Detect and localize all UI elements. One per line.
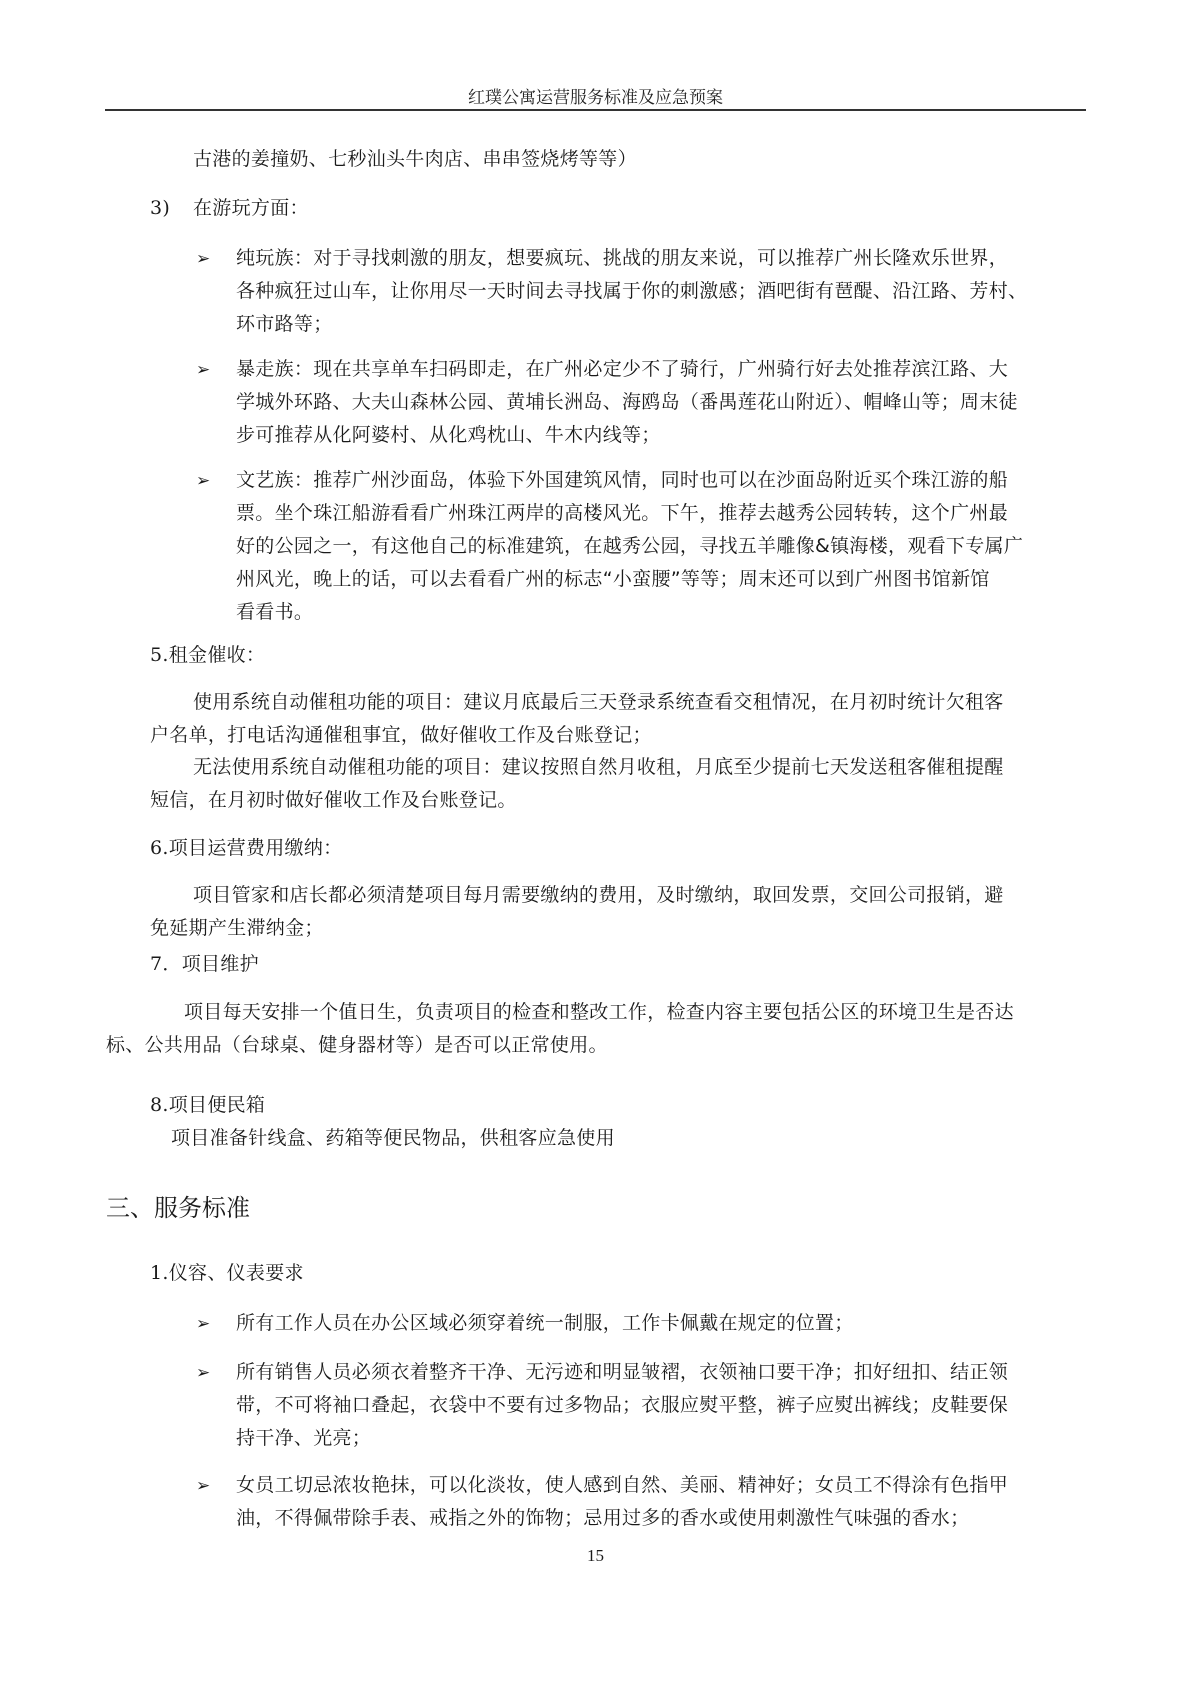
bullet-arrow-icon: ➢ — [196, 471, 210, 491]
header-rule — [105, 109, 1086, 111]
bullet-arrow-icon: ➢ — [196, 249, 210, 269]
list-label: 在游玩方面： — [193, 197, 309, 220]
play-item-1-line-2: 各种疯狂过山车，让你用尽一天时间去寻找属于你的刺激感；酒吧街有琶醍、沿江路、芳村… — [236, 280, 1027, 303]
chapter-3-title: 三、服务标准 — [106, 1188, 250, 1223]
play-item-3-line-5: 看看书。 — [236, 601, 313, 624]
bullet-arrow-icon: ➢ — [196, 1476, 210, 1496]
section-6-p1-line-1: 项目管家和店长都必须清楚项目每月需要缴纳的费用，及时缴纳，取回发票，交回公司报销… — [193, 884, 1004, 907]
section-6-title: 6.项目运营费用缴纳： — [150, 837, 342, 860]
appearance-item-2-line-3: 持干净、光亮； — [236, 1427, 371, 1450]
play-item-3-line-2: 票。坐个珠江船游看看广州珠江两岸的高楼风光。下午，推荐去越秀公园转转，这个广州最 — [236, 502, 1008, 525]
section-6-p1-line-2: 免延期产生滞纳金； — [150, 917, 324, 940]
play-item-1-line-3: 环市路等； — [236, 313, 333, 336]
section-7-p1-line-2: 标、公共用品（台球桌、健身器材等）是否可以正常使用。 — [106, 1034, 608, 1057]
continuation-line: 古港的姜撞奶、七秒汕头牛肉店、串串签烧烤等等） — [193, 148, 637, 171]
play-item-2-line-3: 步可推荐从化阿婆村、从化鸡枕山、牛木内线等； — [236, 424, 661, 447]
play-item-3-line-4: 州风光，晚上的话，可以去看看广州的标志“小蛮腰”等等；周末还可以到广州图书馆新馆 — [236, 568, 990, 591]
play-item-1-line-1: 纯玩族：对于寻找刺激的朋友，想要疯玩、挑战的朋友来说，可以推荐广州长隆欢乐世界， — [236, 247, 1008, 270]
bullet-arrow-icon: ➢ — [196, 360, 210, 380]
section-5-p1-line-1: 使用系统自动催租功能的项目：建议月底最后三天登录系统查看交租情况，在月初时统计欠… — [193, 691, 1004, 714]
appearance-item-2-line-1: 所有销售人员必须衣着整齐干净、无污迹和明显皱褶，衣领袖口要干净；扣好纽扣、结正领 — [236, 1361, 1008, 1384]
section-5-title: 5.租金催收： — [150, 644, 265, 667]
section-8-p1: 项目准备针线盒、药箱等便民物品，供租客应急使用 — [171, 1127, 615, 1150]
section-5-p1-line-2: 户名单，打电话沟通催租事宜，做好催收工作及台账登记； — [150, 724, 652, 747]
appearance-item-3-line-1: 女员工切忌浓妆艳抹，可以化淡妆，使人感到自然、美丽、精神好；女员工不得涂有色指甲 — [236, 1474, 1008, 1497]
bullet-arrow-icon: ➢ — [196, 1363, 210, 1383]
section-8-title: 8.项目便民箱 — [150, 1094, 265, 1117]
play-item-2-line-2: 学城外环路、大夫山森林公园、黄埔长洲岛、海鸥岛（番禺莲花山附近）、帽峰山等；周末… — [236, 391, 1018, 414]
section-7-p1-line-1: 项目每天安排一个值日生，负责项目的检查和整改工作，检查内容主要包括公区的环境卫生… — [184, 1001, 1014, 1024]
chapter-3-sub-1: 1.仪容、仪表要求 — [150, 1262, 304, 1285]
bullet-arrow-icon: ➢ — [196, 1314, 210, 1334]
appearance-item-1-line-1: 所有工作人员在办公区域必须穿着统一制服，工作卡佩戴在规定的位置； — [236, 1312, 854, 1335]
appearance-item-3-line-2: 油，不得佩带除手表、戒指之外的饰物；忌用过多的香水或使用刺激性气味强的香水； — [236, 1507, 969, 1530]
section-7-title: 7．项目维护 — [150, 953, 259, 976]
running-header: 红璞公寓运营服务标准及应急预案 — [0, 83, 1191, 108]
play-item-3-line-3: 好的公园之一，有这他自己的标准建筑，在越秀公园，寻找五羊雕像&镇海楼，观看下专属… — [236, 535, 1023, 558]
section-5-p2-line-1: 无法使用系统自动催租功能的项目：建议按照自然月收租，月底至少提前七天发送租客催租… — [193, 756, 1004, 779]
list-number: 3) — [150, 197, 170, 220]
page-number: 15 — [0, 1546, 1191, 1566]
play-item-2-line-1: 暴走族：现在共享单车扫码即走，在广州必定少不了骑行，广州骑行好去处推荐滨江路、大 — [236, 358, 1008, 381]
appearance-item-2-line-2: 带，不可将袖口叠起，衣袋中不要有过多物品；衣服应熨平整，裤子应熨出裤线；皮鞋要保 — [236, 1394, 1008, 1417]
play-item-3-line-1: 文艺族：推荐广州沙面岛，体验下外国建筑风情，同时也可以在沙面岛附近买个珠江游的船 — [236, 469, 1008, 492]
section-5-p2-line-2: 短信，在月初时做好催收工作及台账登记。 — [150, 789, 517, 812]
